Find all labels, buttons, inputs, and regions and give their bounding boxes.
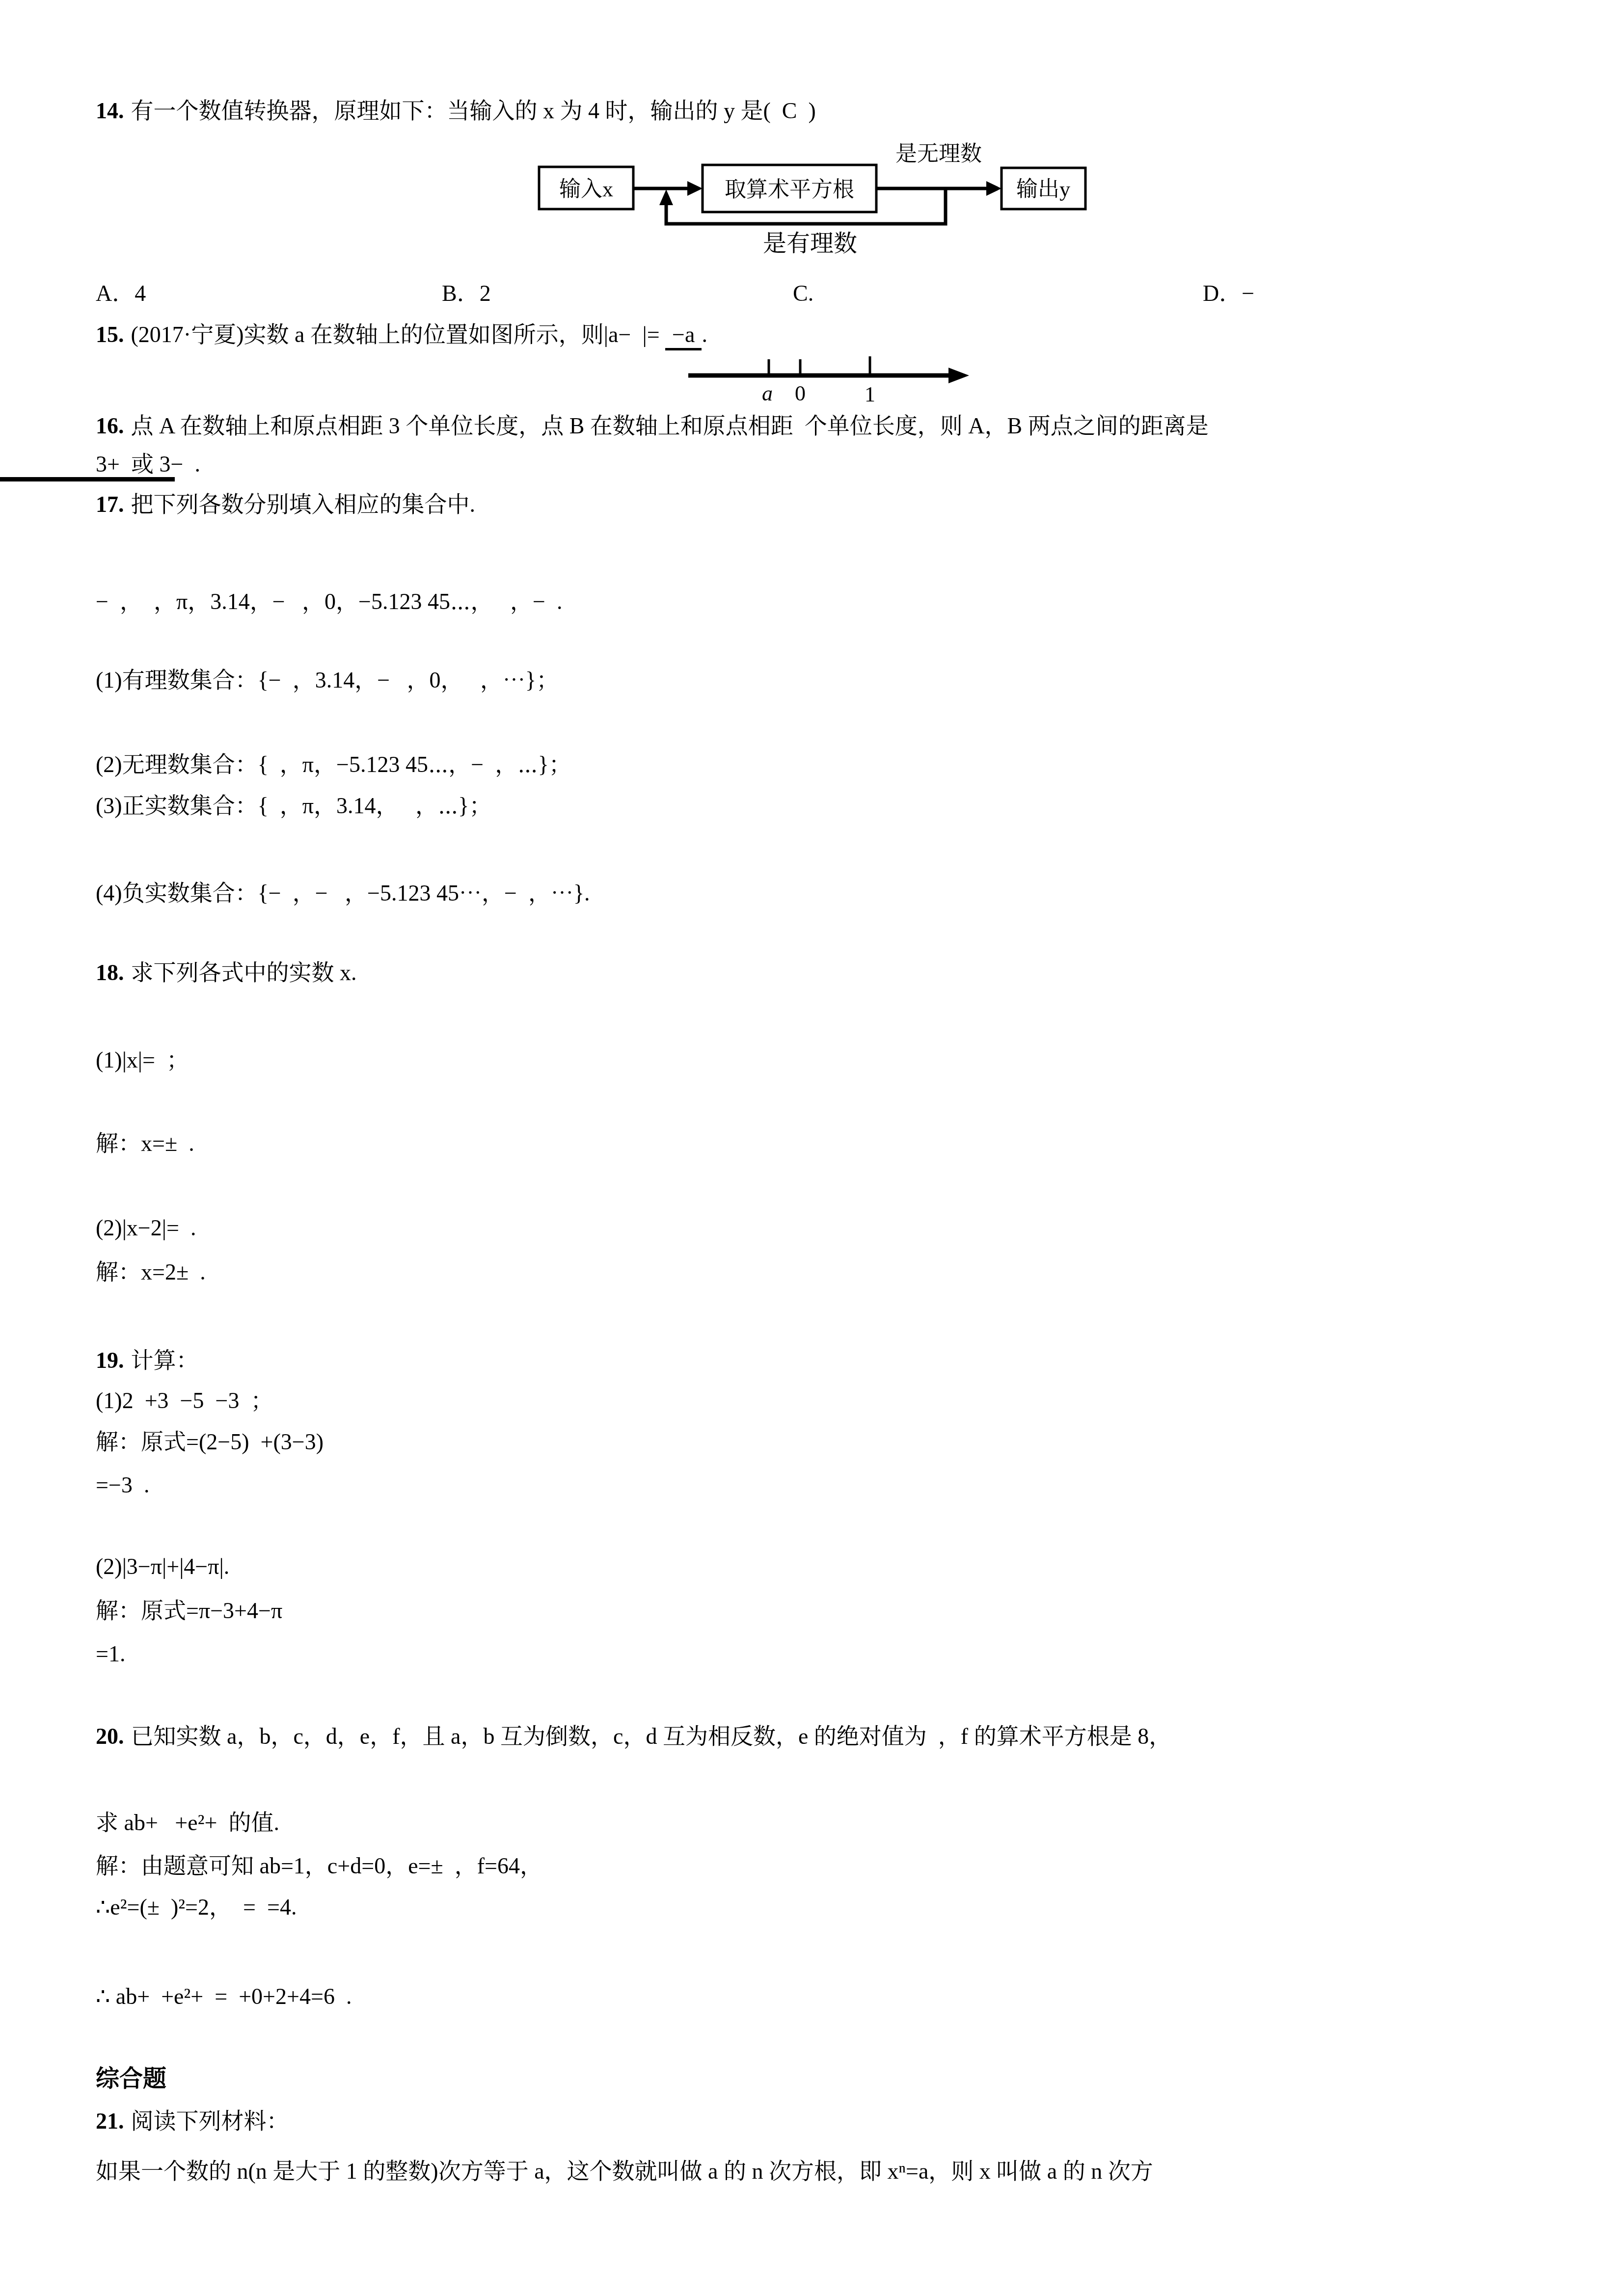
q16-number: 16. [96, 413, 124, 438]
value-converter-diagram: 输入x 取算术平方根 输出y 是无理数 是有理数 [515, 137, 1154, 304]
q20-ask: 求 ab+ +e²+ 的值. [96, 1808, 279, 1838]
option-b: B．2 [442, 279, 491, 308]
arrowhead-icon [687, 181, 703, 196]
q20-text: 已知实数 a，b，c，d，e，f，且 a，b 互为倒数，c，d 互为相反数，e … [131, 1724, 1172, 1749]
set-negative-real: (4)负实数集合：{− ，− ，−5.123 45⋯，− ，⋯}. [96, 879, 590, 908]
q14-number: 14. [96, 98, 124, 123]
q18-solution1: 解：x=± . [96, 1129, 194, 1158]
q20-number: 20. [96, 1724, 124, 1749]
q18-item1: (1)|x|= ； [96, 1045, 189, 1075]
q15-answer: −a [665, 322, 702, 350]
q19-item1: (1)2 +3 −5 −3 ； [96, 1386, 273, 1415]
q20-solution2: ∴e²=(± )²=2， = =4. [96, 1893, 297, 1922]
q18-number: 18. [96, 960, 124, 985]
q14-text: 有一个数值转换器，原理如下：当输入的 x 为 4 时，输出的 y 是( C ) [131, 98, 816, 123]
q19-result2: =1. [96, 1639, 125, 1669]
input-box-label: 输入x [559, 177, 613, 201]
arrowhead-up-icon [659, 189, 673, 205]
q21-body: 如果一个数的 n(n 是大于 1 的整数)次方等于 a，这个数就叫做 a 的 n… [96, 2157, 1153, 2186]
q16-text: 点 A 在数轴上和原点相距 3 个单位长度，点 B 在数轴上和原点相距 个单位长… [131, 413, 1209, 438]
q18-line: 18.求下列各式中的实数 x. [96, 958, 357, 988]
q19-line: 19.计算： [96, 1346, 199, 1375]
arrowhead-icon [986, 181, 1001, 196]
q16-answer-underline [0, 477, 175, 481]
option-c: C. [793, 279, 813, 308]
q16-line1: 16.点 A 在数轴上和原点相距 3 个单位长度，点 B 在数轴上和原点相距 个… [96, 411, 1209, 441]
q17-text: 把下列各数分别填入相应的集合中. [131, 492, 476, 517]
q15-period: . [702, 322, 707, 347]
q18-item2: (2)|x−2|= . [96, 1213, 196, 1243]
section-title: 综合题 [96, 2064, 166, 2094]
q15-number: 15. [96, 322, 124, 347]
q17-number-list: − ， ，π，3.14，− ，0，−5.123 45⋯， ，− . [96, 587, 562, 616]
set-irrational: (2)无理数集合：{ ，π，−5.123 45⋯，− ，⋯}； [96, 750, 571, 779]
option-a: A．4 [96, 279, 146, 308]
q17-line: 17.把下列各数分别填入相应的集合中. [96, 490, 475, 519]
q15-line: 15.(2017·宁夏)实数 a 在数轴上的位置如图所示，则|a− |= −a. [96, 320, 707, 349]
option-d: D．− [1203, 279, 1254, 308]
process-box-label: 取算术平方根 [725, 178, 854, 202]
q18-solution2: 解：x=2± . [96, 1257, 206, 1287]
q17-number: 17. [96, 492, 124, 517]
q19-text: 计算： [131, 1348, 199, 1373]
q18-text: 求下列各式中的实数 x. [131, 960, 357, 985]
q20-solution3: ∴ ab+ +e²+ = +0+2+4=6 . [96, 1982, 352, 2011]
output-box-label: 输出y [1016, 177, 1070, 201]
q19-number: 19. [96, 1348, 124, 1373]
number-line: a 0 1 [677, 352, 982, 406]
q19-result1: =−3 . [96, 1470, 149, 1500]
q19-solution2: 解：原式=π−3+4−π [96, 1596, 282, 1626]
rational-branch-label: 是有理数 [763, 231, 857, 257]
axis-arrowhead-icon [948, 368, 969, 383]
label-0: 0 [795, 381, 806, 405]
q21-line: 21.阅读下列材料： [96, 2107, 289, 2136]
q20-solution1: 解：由题意可知 ab=1，c+d=0，e=± ，f=64， [96, 1851, 542, 1881]
q21-text: 阅读下列材料： [131, 2109, 289, 2134]
q19-item2: (2)|3−π|+|4−π|. [96, 1552, 229, 1581]
q16-line2: 3+ 或 3− . [96, 450, 200, 479]
irrational-branch-label: 是无理数 [895, 142, 982, 166]
set-positive-real: (3)正实数集合：{ ，π，3.14， ，⋯}； [96, 791, 491, 821]
label-1: 1 [865, 382, 875, 406]
q20-line: 20.已知实数 a，b，c，d，e，f，且 a，b 互为倒数，c，d 互为相反数… [96, 1722, 1171, 1751]
q15-text: (2017·宁夏)实数 a 在数轴上的位置如图所示，则|a− |= [131, 322, 666, 347]
q19-solution1: 解：原式=(2−5) +(3−3) [96, 1427, 324, 1457]
set-rational: (1)有理数集合：{− ，3.14，− ，0， ，⋯}； [96, 666, 559, 695]
label-a: a [762, 381, 773, 405]
worksheet-page: { "colors": {"text": "#000000", "backgro… [0, 0, 1624, 2296]
q14-line: 14.有一个数值转换器，原理如下：当输入的 x 为 4 时，输出的 y 是( C… [96, 96, 816, 126]
q21-number: 21. [96, 2109, 124, 2134]
